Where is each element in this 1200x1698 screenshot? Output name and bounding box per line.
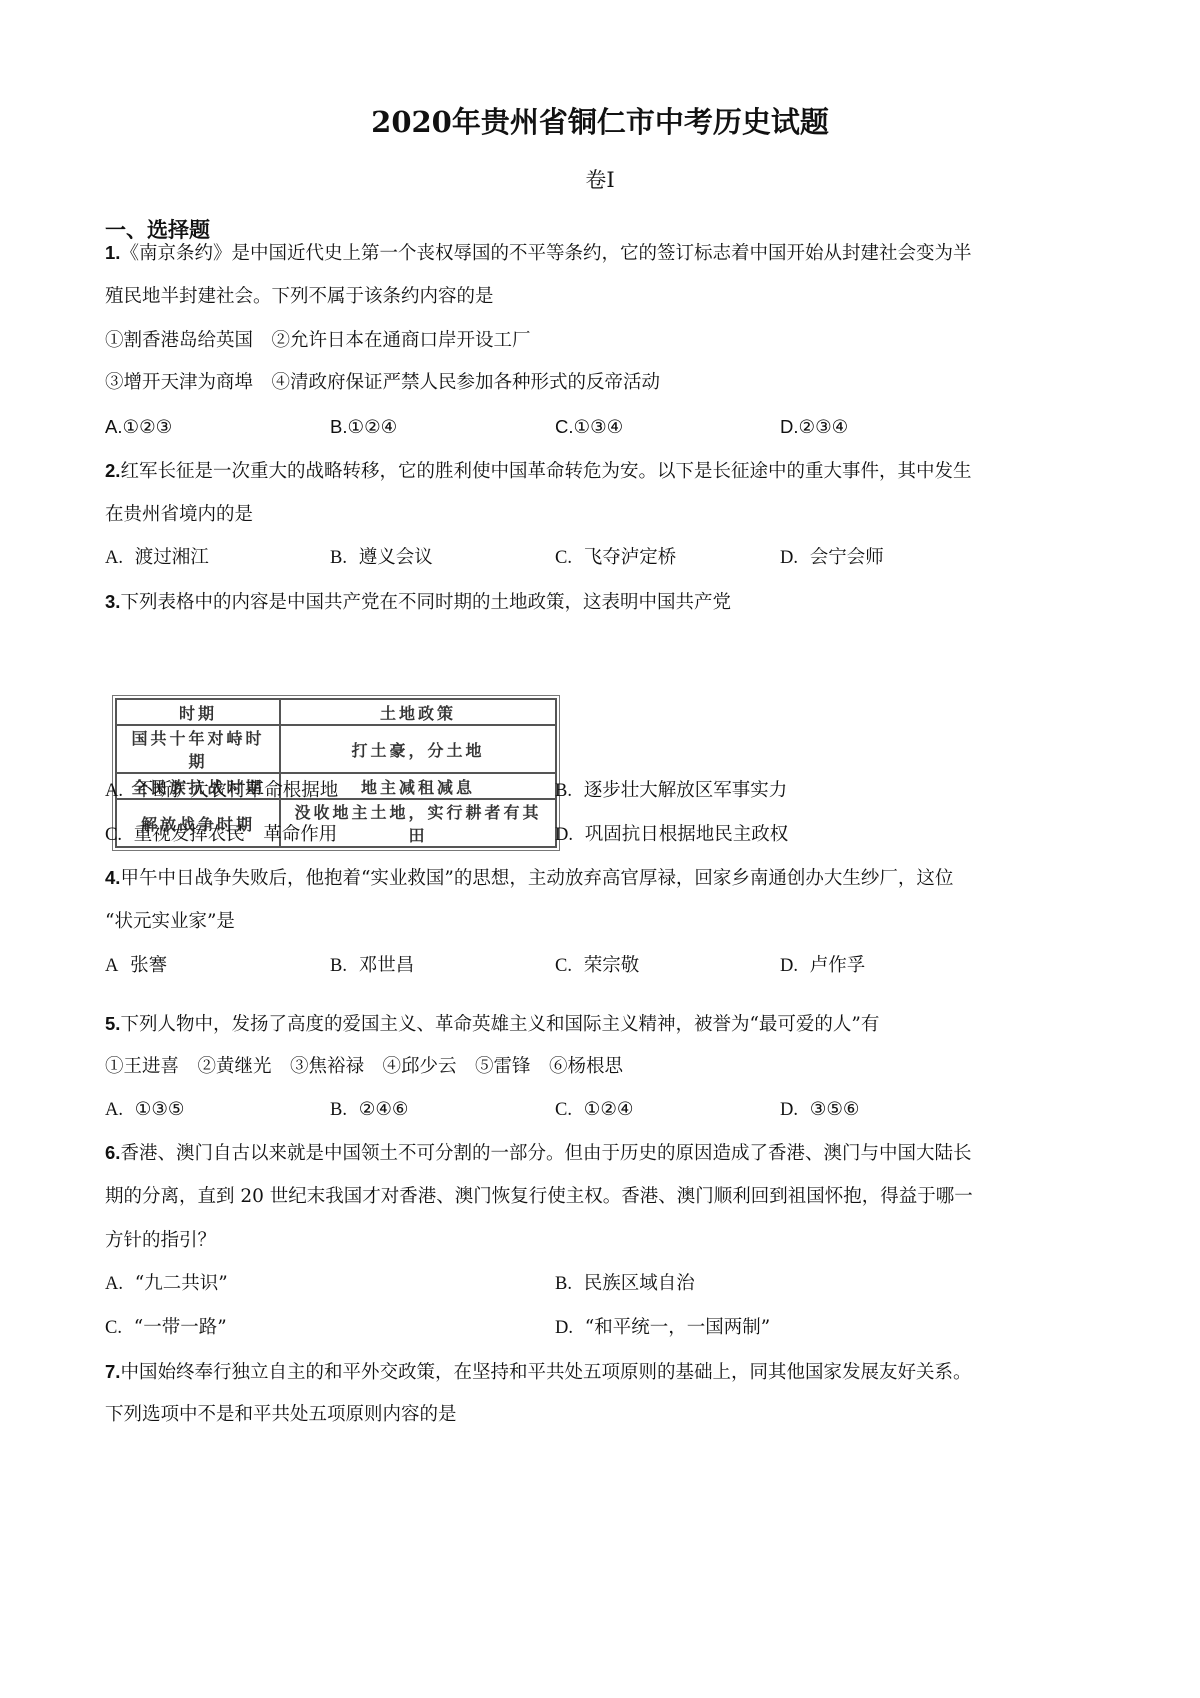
- option-label: B.: [330, 548, 347, 568]
- question-number: 1.: [105, 242, 120, 263]
- question-6-line-3: 方针的指引？: [105, 1228, 216, 1254]
- question-text: 甲午中日战争失败后，他抱着“实业救国”的思想，主动放弃高官厚禄，回家乡南通创办大…: [120, 868, 953, 889]
- option-text: ③⑤⑥: [810, 1099, 860, 1120]
- question-6-option-a[interactable]: A. “九二共识”: [105, 1271, 228, 1297]
- option-text: 张謇: [130, 955, 167, 976]
- option-text: 逐步壮大解放区军事实力: [584, 780, 788, 801]
- question-3-option-a[interactable]: A. 不断扩大农村革命根据地: [105, 778, 338, 804]
- option-label: D.: [780, 416, 799, 437]
- question-5-line-1: 5.下列人物中，发扬了高度的爱国主义、革命英雄主义和国际主义精神，被誉为“最可爱…: [105, 1011, 879, 1038]
- question-2-option-d[interactable]: D. 会宁会师: [780, 545, 884, 571]
- question-4-line-1: 4.甲午中日战争失败后，他抱着“实业救国”的思想，主动放弃高官厚禄，回家乡南通创…: [105, 865, 953, 892]
- question-number: 6.: [105, 1142, 120, 1163]
- option-label: D.: [780, 1100, 798, 1120]
- question-number: 7.: [105, 1361, 120, 1382]
- option-label: A: [105, 956, 118, 976]
- option-text: 卢作孚: [810, 955, 866, 976]
- option-label: B.: [330, 416, 347, 437]
- option-label: A.: [105, 1100, 123, 1120]
- option-text: 渡过湘江: [135, 547, 209, 568]
- question-text: 香港、澳门自古以来就是中国领土不可分割的一部分。但由于历史的原因造成了香港、澳门…: [120, 1143, 971, 1164]
- option-text: 邓世昌: [359, 955, 415, 976]
- option-label: D.: [555, 825, 573, 845]
- question-6-option-c[interactable]: C. “一带一路”: [105, 1315, 227, 1341]
- option-label: C.: [555, 548, 572, 568]
- table-header: 土地政策: [280, 699, 556, 725]
- option-label: B.: [555, 781, 572, 801]
- question-text: 《南京条约》是中国近代史上第一个丧权辱国的不平等条约，它的签订标志着中国开始从封…: [120, 243, 971, 264]
- question-3-option-b[interactable]: B. 逐步壮大解放区军事实力: [555, 778, 787, 804]
- question-2-option-c[interactable]: C. 飞夺泸定桥: [555, 545, 676, 571]
- question-5-option-d[interactable]: D. ③⑤⑥: [780, 1097, 860, 1123]
- question-5-option-b[interactable]: B. ②④⑥: [330, 1097, 409, 1123]
- option-label: B.: [330, 1100, 347, 1120]
- option-label: C.: [555, 956, 572, 976]
- page-title: 2020年贵州省铜仁市中考历史试题: [0, 100, 1200, 141]
- table-cell: 打土豪，分土地: [280, 725, 556, 773]
- question-text: 中国始终奉行独立自主的和平外交政策，在坚持和平共处五项原则的基础上，同其他国家发…: [120, 1362, 971, 1383]
- question-number: 5.: [105, 1013, 120, 1034]
- question-4-option-a[interactable]: A 张謇: [105, 953, 167, 979]
- option-label: B.: [330, 956, 347, 976]
- option-text: ①③④: [574, 417, 624, 438]
- option-label: A.: [105, 416, 122, 437]
- question-text: 红军长征是一次重大的战略转移，它的胜利使中国革命转危为安。以下是长征途中的重大事…: [120, 461, 971, 482]
- question-2-line-2: 在贵州省境内的是: [105, 502, 253, 528]
- question-number: 2.: [105, 460, 120, 481]
- question-4-option-d[interactable]: D. 卢作孚: [780, 953, 865, 979]
- question-number: 4.: [105, 867, 120, 888]
- question-6-option-d[interactable]: D. “和平统一，一国两制”: [555, 1315, 770, 1341]
- table-cell: 国共十年对峙时期: [116, 725, 280, 773]
- option-text: 飞夺泸定桥: [584, 547, 677, 568]
- question-5-item-line-1: ①王进喜 ②黄继光 ③焦裕禄 ④邱少云 ⑤雷锋 ⑥杨根思: [105, 1054, 623, 1080]
- table-row: 国共十年对峙时期 打土豪，分土地: [116, 725, 556, 773]
- option-text: ①③⑤: [135, 1099, 185, 1120]
- option-label: C.: [105, 825, 122, 845]
- option-label: A.: [105, 781, 123, 801]
- question-1-item-line-2: ③增开天津为商埠 ④清政府保证严禁人民参加各种形式的反帝活动: [105, 370, 660, 396]
- question-4-option-b[interactable]: B. 邓世昌: [330, 953, 414, 979]
- question-2-option-b[interactable]: B. 遵义会议: [330, 545, 433, 571]
- option-text: 不断扩大农村革命根据地: [135, 780, 339, 801]
- question-6-line-1: 6.香港、澳门自古以来就是中国领土不可分割的一部分。但由于历史的原因造成了香港、…: [105, 1140, 971, 1167]
- option-text: ①②④: [584, 1099, 634, 1120]
- option-label: D.: [555, 1318, 573, 1338]
- option-label: A.: [105, 548, 123, 568]
- option-label: C.: [555, 416, 574, 437]
- question-5-option-c[interactable]: C. ①②④: [555, 1097, 634, 1123]
- question-2-option-a[interactable]: A. 渡过湘江: [105, 545, 209, 571]
- question-1-line-1: 1.《南京条约》是中国近代史上第一个丧权辱国的不平等条约，它的签订标志着中国开始…: [105, 240, 971, 267]
- question-number: 3.: [105, 591, 120, 612]
- option-text: 民族区域自治: [584, 1273, 695, 1294]
- question-7-line-2: 下列选项中不是和平共处五项原则内容的是: [105, 1402, 457, 1428]
- question-3-line-1: 3.下列表格中的内容是中国共产党在不同时期的土地政策，这表明中国共产党: [105, 589, 731, 616]
- option-text: 遵义会议: [359, 547, 433, 568]
- option-text: 荣宗敬: [584, 955, 640, 976]
- question-3-option-d[interactable]: D. 巩固抗日根据地民主政权: [555, 822, 788, 848]
- question-text: 下列人物中，发扬了高度的爱国主义、革命英雄主义和国际主义精神，被誉为“最可爱的人…: [120, 1014, 879, 1035]
- option-text: “一带一路”: [134, 1317, 227, 1338]
- question-6-option-b[interactable]: B. 民族区域自治: [555, 1271, 695, 1297]
- question-text: 下列表格中的内容是中国共产党在不同时期的土地政策，这表明中国共产党: [120, 592, 731, 613]
- question-3-option-c[interactable]: C. 重视发挥农民 革命作用: [105, 822, 337, 848]
- option-text: “和平统一，一国两制”: [585, 1317, 770, 1338]
- question-1-line-2: 殖民地半封建社会。下列不属于该条约内容的是: [105, 284, 494, 310]
- question-1-option-c[interactable]: C.①③④: [555, 414, 623, 441]
- question-5-option-a[interactable]: A. ①③⑤: [105, 1097, 185, 1123]
- option-label: D.: [780, 956, 798, 976]
- table-header-row: 时期 土地政策: [116, 699, 556, 725]
- option-text: ①②③: [122, 417, 172, 438]
- option-text: ②③④: [799, 417, 849, 438]
- option-label: C.: [555, 1100, 572, 1120]
- question-1-option-b[interactable]: B.①②④: [330, 414, 397, 441]
- option-label: D.: [780, 548, 798, 568]
- option-text: 会宁会师: [810, 547, 884, 568]
- option-label: A.: [105, 1274, 123, 1294]
- paper-subtitle: 卷I: [0, 164, 1200, 194]
- question-2-line-1: 2.红军长征是一次重大的战略转移，它的胜利使中国革命转危为安。以下是长征途中的重…: [105, 458, 971, 485]
- option-label: B.: [555, 1274, 572, 1294]
- option-label: C.: [105, 1318, 122, 1338]
- option-text: ①②④: [347, 417, 397, 438]
- question-1-option-a[interactable]: A.①②③: [105, 414, 172, 441]
- question-1-item-line-1: ①割香港岛给英国 ②允许日本在通商口岸开设工厂: [105, 328, 531, 354]
- option-text: 巩固抗日根据地民主政权: [585, 824, 789, 845]
- question-4-option-c[interactable]: C. 荣宗敬: [555, 953, 639, 979]
- option-text: ②④⑥: [359, 1099, 409, 1120]
- question-6-line-2: 期的分离，直到 20 世纪末我国才对香港、澳门恢复行使主权。香港、澳门顺利回到祖…: [105, 1184, 973, 1210]
- question-1-option-d[interactable]: D.②③④: [780, 414, 848, 441]
- table-header: 时期: [116, 699, 280, 725]
- exam-page: 2020年贵州省铜仁市中考历史试题 卷I 一、选择题 1.《南京条约》是中国近代…: [0, 0, 1200, 1698]
- question-4-line-2: “状元实业家”是: [105, 909, 235, 935]
- question-7-line-1: 7.中国始终奉行独立自主的和平外交政策，在坚持和平共处五项原则的基础上，同其他国…: [105, 1359, 971, 1386]
- option-text: “九二共识”: [135, 1273, 228, 1294]
- option-text: 重视发挥农民 革命作用: [134, 824, 338, 845]
